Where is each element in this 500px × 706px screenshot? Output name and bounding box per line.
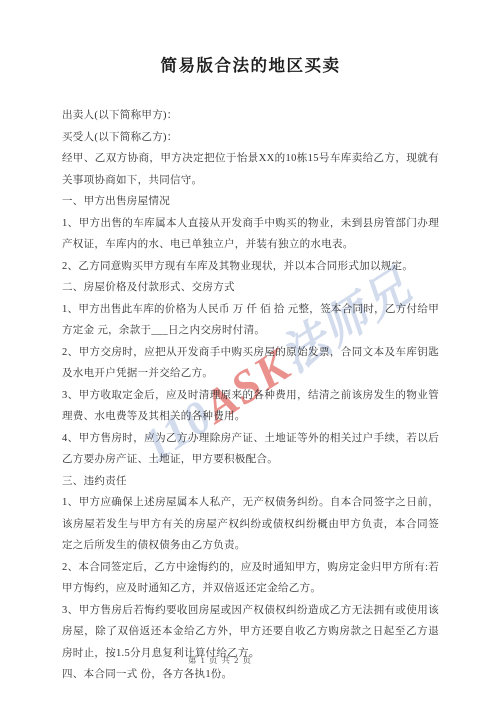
- buyer-line: 买受人(以下简称乙方)：: [62, 127, 439, 149]
- section-2-item-1: 1、甲方出售此车库的价格为人民币 万 仟 佰 拾 元整，签本合同时，乙方付给甲方…: [62, 299, 439, 342]
- section-2-heading: 二、房屋价格及付款形式、交房方式: [62, 277, 439, 299]
- section-2-item-3: 3、甲方收取定金后，应及时清理原来的各种费用，结清之前该房发生的物业管理费、水电…: [62, 385, 439, 428]
- document-title: 简易版合法的地区买卖: [62, 54, 439, 78]
- contract-page: 110ASK法师兄 简易版合法的地区买卖 出卖人(以下简称甲方)： 买受人(以下…: [0, 0, 500, 706]
- section-4-line: 四、本合同一式 份，各方各执1份。: [62, 664, 439, 686]
- section-3-item-1: 1、甲方应确保上述房屋属本人私产，无产权债务纠纷。自本合同签字之日前，该房屋若发…: [62, 492, 439, 557]
- seller-line: 出卖人(以下简称甲方)：: [62, 105, 439, 127]
- page-number: 第 1 页 共 2 页: [0, 654, 440, 666]
- section-3-heading: 三、违约责任: [62, 471, 439, 493]
- section-2-item-4: 4、甲方售房时，应为乙方办理除房产证、土地证等外的相关过户手续，若以后乙方要办房…: [62, 428, 439, 471]
- section-1-item-2: 2、乙方同意购买甲方现有车库及其物业现状，并以本合同形式加以规定。: [62, 256, 439, 278]
- section-1-heading: 一、甲方出售房屋情况: [62, 191, 439, 213]
- section-2-item-2: 2、甲方交房时，应把从开发商手中购买房屋的原始发票，合同文本及车库钥匙及水电开户…: [62, 342, 439, 385]
- document-body: 简易版合法的地区买卖 出卖人(以下简称甲方)： 买受人(以下简称乙方)： 经甲、…: [0, 0, 500, 686]
- preamble: 经甲、乙双方协商，甲方决定把位于怡景XX的10栋15号车库卖给乙方，现就有关事项…: [62, 148, 439, 191]
- section-3-item-2: 2、本合同签定后，乙方中途悔约的，应及时通知甲方，购房定金归甲方所有:若甲方悔约…: [62, 557, 439, 600]
- section-1-item-1: 1、甲方出售的车库属本人直接从开发商手中购买的物业，未到县房管部门办理产权证，车…: [62, 213, 439, 256]
- contract-text: 出卖人(以下简称甲方)： 买受人(以下简称乙方)： 经甲、乙双方协商，甲方决定把…: [62, 105, 439, 686]
